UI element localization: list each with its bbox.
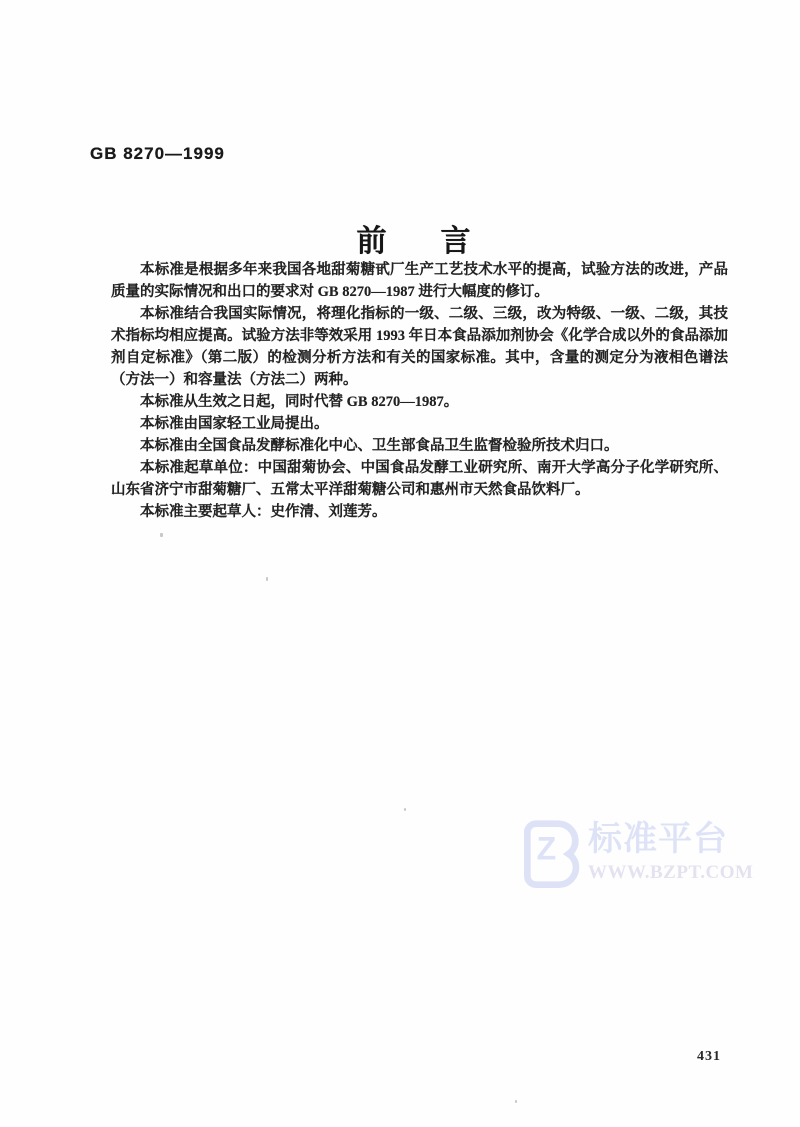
watermark: Z 标准平台 WWW.BZPT.COM bbox=[518, 818, 753, 888]
paragraph-drafting-orgs: 本标准起草单位：中国甜菊协会、中国食品发酵工业研究所、南开大学高分子化学研究所、… bbox=[111, 457, 728, 501]
watermark-texts: 标准平台 WWW.BZPT.COM bbox=[588, 818, 753, 882]
scan-speck bbox=[404, 808, 406, 811]
scan-speck bbox=[515, 1100, 517, 1103]
scan-speck bbox=[266, 577, 268, 581]
watermark-brand-name: 标准平台 bbox=[588, 822, 753, 856]
scan-speck bbox=[160, 533, 163, 537]
foreword-body: 本标准是根据多年来我国各地甜菊糖甙厂生产工艺技术水平的提高，试验方法的改进，产品… bbox=[111, 259, 728, 523]
standard-code: GB 8270—1999 bbox=[90, 144, 225, 164]
watermark-url: WWW.BZPT.COM bbox=[588, 863, 753, 882]
paragraph-under-jurisdiction: 本标准由全国食品发酵标准化中心、卫生部食品卫生监督检验所技术归口。 bbox=[111, 435, 728, 457]
svg-text:Z: Z bbox=[537, 831, 557, 867]
page-title: 前 言 bbox=[111, 216, 728, 260]
bzpt-logo-icon: Z bbox=[518, 818, 582, 888]
paragraph-drafters: 本标准主要起草人：史作清、刘莲芳。 bbox=[111, 501, 728, 523]
paragraph-proposed-by: 本标准由国家轻工业局提出。 bbox=[111, 413, 728, 435]
page-number: 431 bbox=[697, 1049, 721, 1065]
paragraph-revision-basis: 本标准是根据多年来我国各地甜菊糖甙厂生产工艺技术水平的提高，试验方法的改进，产品… bbox=[111, 259, 728, 303]
document-page: GB 8270—1999 前 言 本标准是根据多年来我国各地甜菊糖甙厂生产工艺技… bbox=[0, 0, 800, 1127]
paragraph-grades-methods: 本标准结合我国实际情况，将理化指标的一级、二级、三级，改为特级、一级、二级，其技… bbox=[111, 303, 728, 391]
paragraph-replaces: 本标准从生效之日起，同时代替 GB 8270—1987。 bbox=[111, 391, 728, 413]
